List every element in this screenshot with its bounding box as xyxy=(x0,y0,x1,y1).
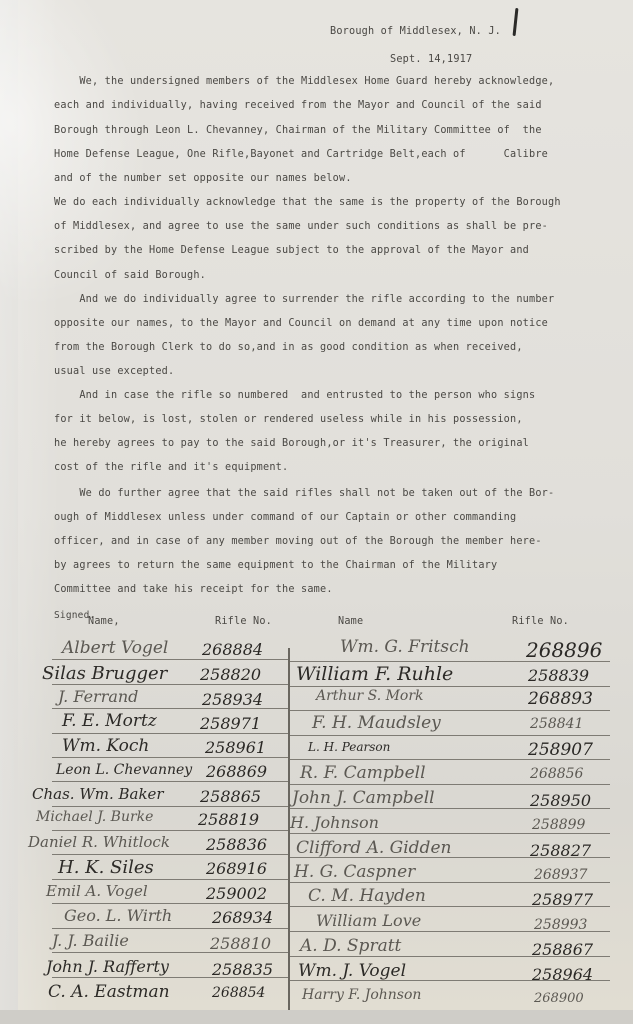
signature-name: John J. Campbell xyxy=(292,788,435,808)
signature-name: F. H. Maudsley xyxy=(312,713,441,733)
body-line: And in case the rifle so numbered and en… xyxy=(54,390,535,401)
rule-line xyxy=(290,710,610,711)
body-line: cost of the rifle and it's equipment. xyxy=(54,462,288,473)
body-line: of Middlesex, and agree to use the same … xyxy=(54,221,548,232)
signature-name: Emil A. Vogel xyxy=(46,882,148,900)
signature-name: Silas Brugger xyxy=(42,663,167,684)
signature-name: Arthur S. Mork xyxy=(316,688,424,704)
signature-name: H. G. Caspner xyxy=(294,862,415,882)
rule-line xyxy=(52,879,288,880)
rifle-number: 258950 xyxy=(530,791,591,810)
rifle-number: 259002 xyxy=(206,884,267,903)
signature-name: Daniel R. Whitlock xyxy=(28,833,170,851)
rifle-number: 268900 xyxy=(534,991,584,1006)
rifle-number: 268893 xyxy=(528,689,593,709)
rifle-number: 258961 xyxy=(205,738,266,757)
rule-line xyxy=(52,757,288,758)
rifle-number: 258819 xyxy=(198,810,259,829)
signature-name: Wm. J. Vogel xyxy=(298,961,406,981)
rifle-number: 268937 xyxy=(534,867,587,883)
rifle-number: 258993 xyxy=(534,917,587,933)
left-rifle-header: Rifle No. xyxy=(215,616,272,627)
right-name-header: Name xyxy=(338,616,363,627)
signature-name: R. F. Campbell xyxy=(300,763,426,783)
body-line: for it below, is lost, stolen or rendere… xyxy=(54,414,523,425)
signature-name: Clifford A. Gidden xyxy=(296,838,451,858)
rifle-number: 268854 xyxy=(212,985,265,1001)
signature-name: Wm. G. Fritsch xyxy=(340,637,470,657)
signature-name: Geo. L. Wirth xyxy=(64,906,172,925)
rule-line xyxy=(52,781,288,782)
body-line: Committee and take his receipt for the s… xyxy=(54,584,333,595)
body-line: ough of Middlesex unless under command o… xyxy=(54,512,516,523)
body-line: opposite our names, to the Mayor and Cou… xyxy=(54,318,548,329)
signature-name: H. Johnson xyxy=(290,813,379,832)
signature-name: Michael J. Burke xyxy=(36,809,153,825)
body-line: from the Borough Clerk to do so,and in a… xyxy=(54,342,523,353)
rifle-number: 258810 xyxy=(210,934,271,953)
signature-name: H. K. Siles xyxy=(58,857,154,878)
body-line: each and individually, having received f… xyxy=(54,100,542,111)
rifle-number: 268916 xyxy=(206,859,267,878)
body-line: We, the undersigned members of the Middl… xyxy=(54,76,554,87)
rule-line xyxy=(52,903,288,904)
rifle-number: 258977 xyxy=(532,890,593,909)
signature-name: Wm. Koch xyxy=(62,736,149,756)
rule-line xyxy=(52,830,288,831)
signature-name: A. D. Spratt xyxy=(300,936,401,956)
right-rifle-header: Rifle No. xyxy=(512,616,569,627)
body-line: officer, and in case of any member movin… xyxy=(54,536,542,547)
signature-name: Albert Vogel xyxy=(62,638,168,658)
body-line: And we do individually agree to surrende… xyxy=(54,294,554,305)
rule-line xyxy=(52,684,288,685)
rifle-number: 258836 xyxy=(206,835,267,854)
rule-line xyxy=(52,733,288,734)
signature-name: Leon L. Chevanney xyxy=(56,762,192,778)
frame-bottom-edge xyxy=(0,1010,633,1024)
body-line: scribed by the Home Defense League subje… xyxy=(54,245,529,256)
rifle-number: 258865 xyxy=(200,787,261,806)
rifle-number: 258841 xyxy=(530,716,583,732)
rule-line xyxy=(52,928,288,929)
signature-name: John J. Rafferty xyxy=(46,957,169,976)
signature-name: L. H. Pearson xyxy=(308,740,390,754)
rifle-number: 258964 xyxy=(532,965,593,984)
rule-line xyxy=(290,784,610,785)
rifle-number: 258971 xyxy=(200,714,261,733)
rule-line xyxy=(52,806,288,807)
rule-line xyxy=(52,854,288,855)
rifle-number: 268869 xyxy=(206,762,267,781)
rifle-number: 258907 xyxy=(528,740,593,760)
body-line: and of the number set opposite our names… xyxy=(54,173,352,184)
body-line: Council of said Borough. xyxy=(54,270,206,281)
left-name-header: Name, xyxy=(88,616,120,627)
rifle-number: 258827 xyxy=(530,841,591,860)
signature-name: William F. Ruhle xyxy=(296,663,453,685)
signature-name: J. Ferrand xyxy=(58,687,138,706)
rifle-number: 258835 xyxy=(212,960,273,979)
body-line: he hereby agrees to pay to the said Boro… xyxy=(54,438,529,449)
rifle-number: 258839 xyxy=(528,666,589,685)
signature-name: C. M. Hayden xyxy=(308,886,426,906)
header-place: Borough of Middlesex, N. J. xyxy=(330,26,501,37)
rifle-number: 268934 xyxy=(212,908,273,927)
signature-name: C. A. Eastman xyxy=(48,982,170,1002)
header-date: Sept. 14,1917 xyxy=(390,54,472,65)
rifle-number: 258820 xyxy=(200,665,261,684)
signature-name: F. E. Mortz xyxy=(62,711,157,731)
rifle-number: 258934 xyxy=(202,690,263,709)
body-line: Home Defense League, One Rifle,Bayonet a… xyxy=(54,149,548,160)
rule-line xyxy=(290,735,610,736)
signature-name: William Love xyxy=(316,911,421,930)
light-glare-edge xyxy=(0,0,60,1024)
rifle-number: 258899 xyxy=(532,817,585,833)
rifle-number: 268856 xyxy=(530,766,583,782)
signature-name: Chas. Wm. Baker xyxy=(32,785,164,803)
body-line: We do each individually acknowledge that… xyxy=(54,197,561,208)
rule-line xyxy=(52,659,288,660)
body-line: by agrees to return the same equipment t… xyxy=(54,560,497,571)
signature-name: J. J. Bailie xyxy=(52,931,129,950)
rifle-number: 258867 xyxy=(532,940,593,959)
rule-line xyxy=(290,686,610,687)
body-line: usual use excepted. xyxy=(54,366,174,377)
body-line: We do further agree that the said rifles… xyxy=(54,488,554,499)
signature-name: Harry F. Johnson xyxy=(302,987,421,1003)
body-line: Borough through Leon L. Chevanney, Chair… xyxy=(54,125,542,136)
rifle-number: 268884 xyxy=(202,640,263,659)
rifle-number: 268896 xyxy=(526,638,602,662)
rule-line xyxy=(290,833,610,834)
